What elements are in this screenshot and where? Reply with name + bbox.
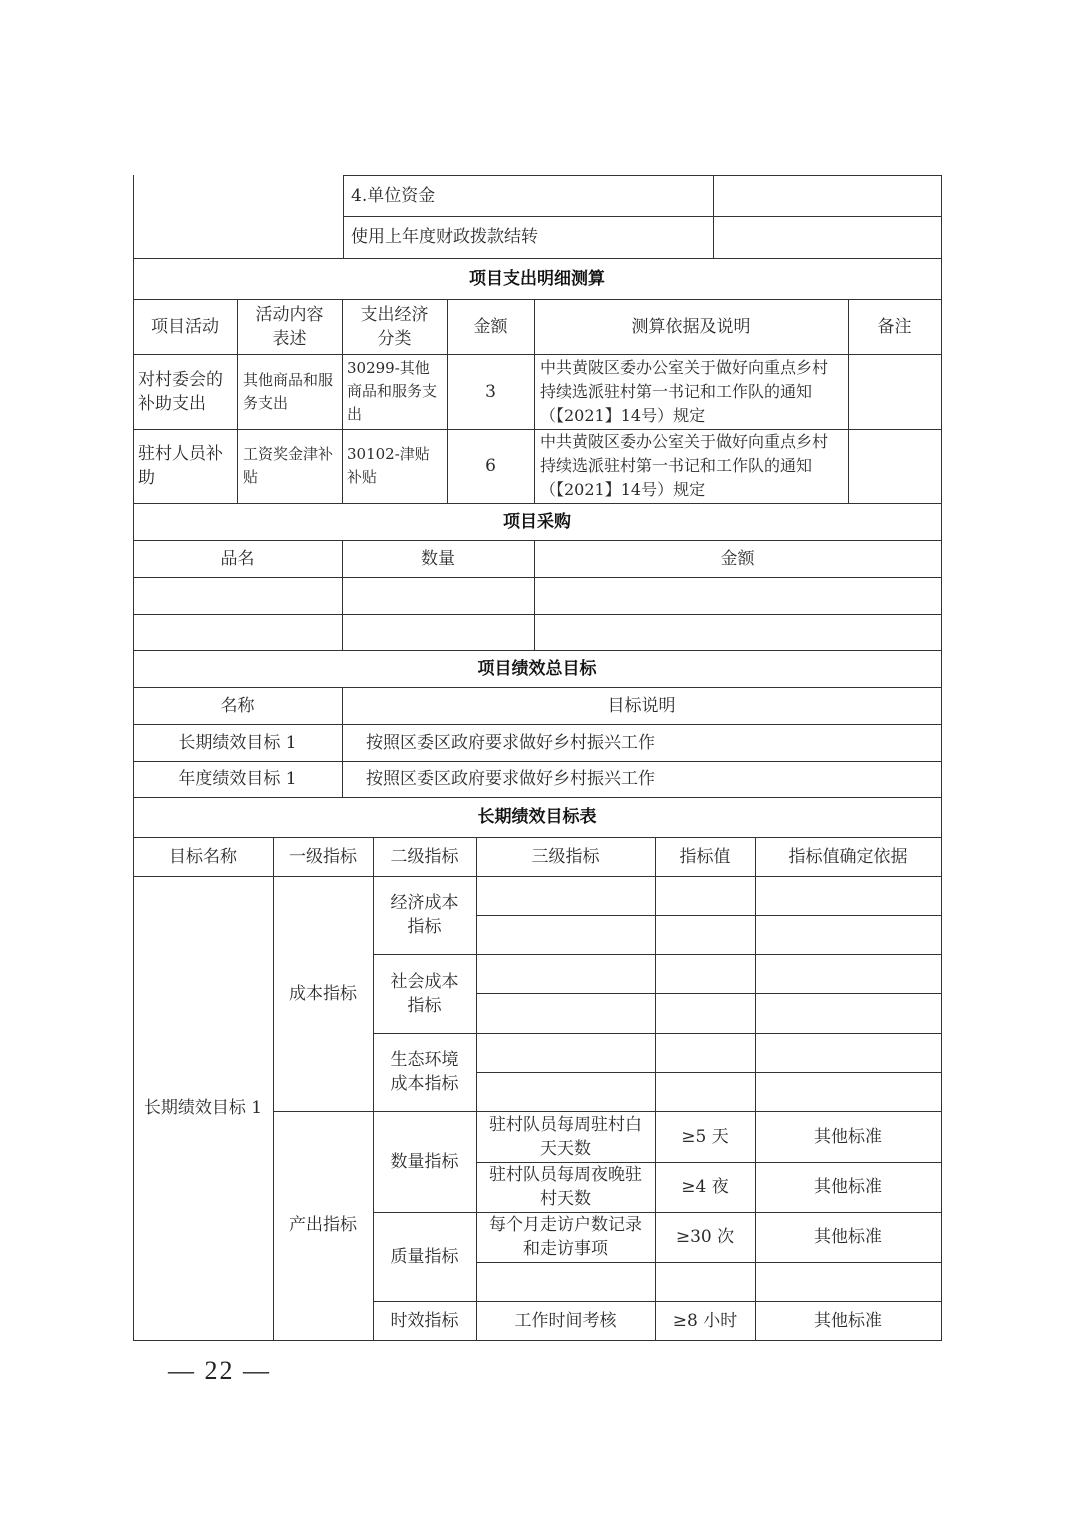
funding-value — [713, 175, 941, 216]
table-border — [133, 577, 942, 578]
table-border — [941, 175, 942, 1340]
level3-indicator: 驻村队员每周驻村白天天数 — [476, 1111, 655, 1162]
indicator-basis: 其他标准 — [755, 1162, 941, 1212]
column-header: 三级指标 — [476, 837, 655, 876]
table-border — [133, 614, 942, 615]
level2-eco-cost: 生态环境成本指标 — [373, 1033, 476, 1111]
table-cell-note — [848, 429, 941, 503]
column-header: 数量 — [342, 540, 534, 577]
funding-value — [713, 216, 941, 258]
table-border — [476, 993, 942, 994]
table-cell-amount: 3 — [447, 354, 534, 429]
level1-output: 产出指标 — [273, 1111, 373, 1340]
column-header: 金额 — [447, 299, 534, 354]
section-title-long-term-table: 长期绩效目标表 — [133, 797, 941, 837]
column-header: 活动内容表述 — [237, 299, 342, 354]
table-border — [476, 1262, 942, 1263]
indicator-value: ≥30 次 — [655, 1212, 755, 1262]
column-header: 支出经济分类 — [342, 299, 447, 354]
goal-name: 年度绩效目标 1 — [133, 761, 342, 797]
column-header: 目标名称 — [133, 837, 273, 876]
level2-economic-cost: 经济成本指标 — [373, 876, 476, 954]
table-cell-category: 30102-津贴补贴 — [342, 429, 447, 503]
table-cell-category: 30299-其他商品和服务支出 — [342, 354, 447, 429]
indicator-basis: 其他标准 — [755, 1212, 941, 1262]
section-title-procurement: 项目采购 — [133, 503, 941, 540]
table-border — [476, 915, 942, 916]
table-cell-content: 工资奖金津补贴 — [237, 429, 342, 503]
level3-indicator: 工作时间考核 — [476, 1301, 655, 1340]
level2-quality: 质量指标 — [373, 1212, 476, 1301]
document-page: 4.单位资金 使用上年度财政拨款结转 项目支出明细测算 项目活动 活动内容表述 … — [0, 0, 1074, 1520]
indicator-value: ≥8 小时 — [655, 1301, 755, 1340]
column-header: 指标值确定依据 — [755, 837, 941, 876]
goal-name: 长期绩效目标 1 — [133, 724, 342, 761]
table-border — [133, 1340, 942, 1341]
indicator-basis: 其他标准 — [755, 1301, 941, 1340]
level3-indicator: 驻村队员每周夜晚驻村天数 — [476, 1162, 655, 1212]
section-title-overall-goals: 项目绩效总目标 — [133, 650, 941, 687]
column-header: 品名 — [133, 540, 342, 577]
column-header: 金额 — [534, 540, 941, 577]
table-cell-activity: 驻村人员补助 — [133, 429, 237, 503]
table-cell-basis: 中共黄陂区委办公室关于做好向重点乡村持续选派驻村第一书记和工作队的通知（【202… — [534, 429, 848, 503]
table-border — [755, 837, 756, 1340]
level1-cost: 成本指标 — [273, 876, 373, 1111]
column-header: 指标值 — [655, 837, 755, 876]
table-border — [655, 837, 656, 1340]
indicator-value: ≥5 天 — [655, 1111, 755, 1162]
indicator-basis: 其他标准 — [755, 1111, 941, 1162]
column-header: 项目活动 — [133, 299, 237, 354]
table-border — [476, 837, 477, 1340]
level2-social-cost: 社会成本指标 — [373, 954, 476, 1033]
table-cell-activity: 对村委会的补助支出 — [133, 354, 237, 429]
table-border — [476, 1072, 942, 1073]
funding-label: 4.单位资金 — [343, 175, 713, 216]
column-header: 一级指标 — [273, 837, 373, 876]
column-header: 目标说明 — [342, 687, 941, 724]
column-header: 测算依据及说明 — [534, 299, 848, 354]
column-header: 名称 — [133, 687, 342, 724]
table-cell-amount: 6 — [447, 429, 534, 503]
funding-label: 使用上年度财政拨款结转 — [343, 216, 713, 258]
table-cell-content: 其他商品和服务支出 — [237, 354, 342, 429]
column-header: 二级指标 — [373, 837, 476, 876]
page-number: — 22 — — [168, 1356, 271, 1386]
level3-indicator: 每个月走访户数记录和走访事项 — [476, 1212, 655, 1262]
goal-name-cell: 长期绩效目标 1 — [133, 876, 273, 1340]
column-header: 备注 — [848, 299, 941, 354]
level2-quantity: 数量指标 — [373, 1111, 476, 1212]
goal-description: 按照区委区政府要求做好乡村振兴工作 — [342, 761, 941, 797]
table-cell-basis: 中共黄陂区委办公室关于做好向重点乡村持续选派驻村第一书记和工作队的通知（【202… — [534, 354, 848, 429]
level2-timeliness: 时效指标 — [373, 1301, 476, 1340]
indicator-value: ≥4 夜 — [655, 1162, 755, 1212]
goal-description: 按照区委区政府要求做好乡村振兴工作 — [342, 724, 941, 761]
table-cell-note — [848, 354, 941, 429]
section-title-expense-detail: 项目支出明细测算 — [133, 258, 941, 299]
